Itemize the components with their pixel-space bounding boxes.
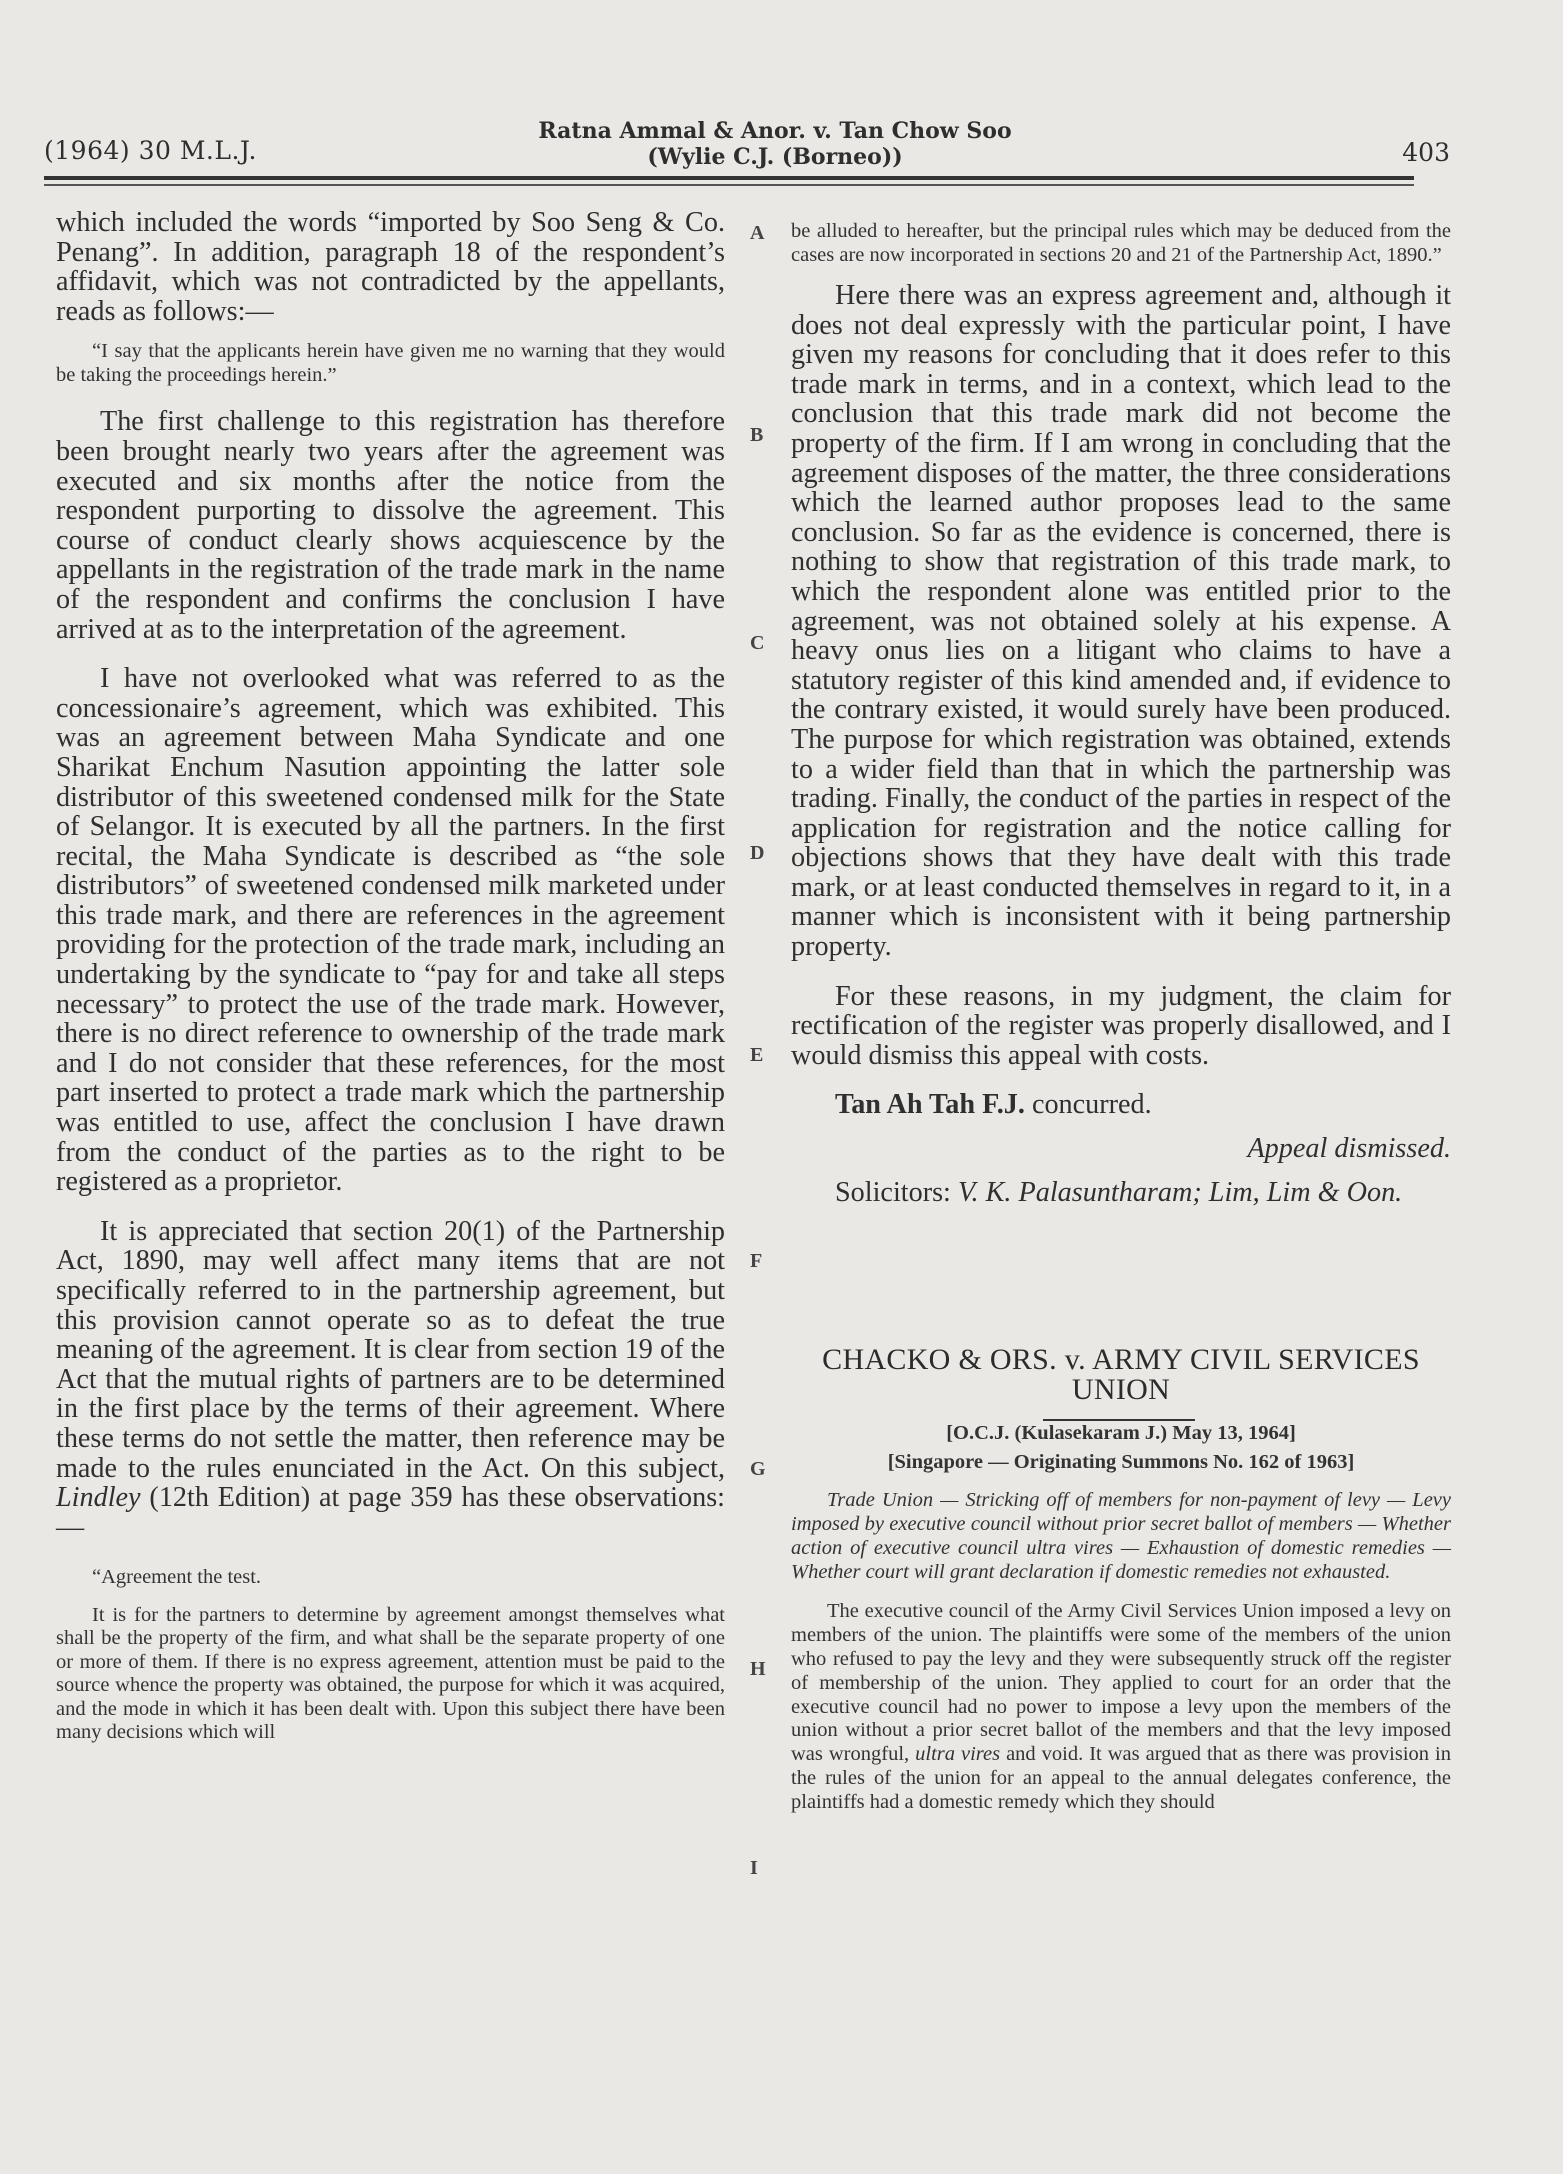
page-number: 403 bbox=[1402, 138, 1450, 167]
concurrence-text: concurred. bbox=[1025, 1089, 1152, 1120]
concurrence: Tan Ah Tah F.J. concurred. bbox=[791, 1090, 1451, 1120]
running-head-judge: (Wylie C.J. (Borneo)) bbox=[430, 144, 1120, 170]
case-result: Appeal dismissed. bbox=[791, 1134, 1451, 1164]
case-separator-rule bbox=[1043, 1419, 1195, 1421]
left-column: which included the words “imported by So… bbox=[56, 208, 725, 1745]
margin-letter-c: C bbox=[750, 632, 764, 655]
margin-letter-h: H bbox=[750, 1658, 766, 1681]
margin-letter-a: A bbox=[750, 222, 764, 245]
margin-letter-f: F bbox=[750, 1250, 762, 1273]
solicitors: Solicitors: V. K. Palasuntharam; Lim, Li… bbox=[791, 1178, 1451, 1208]
paragraph: which included the words “imported by So… bbox=[56, 208, 725, 326]
margin-letter-g: G bbox=[750, 1458, 766, 1481]
margin-letter-b: B bbox=[750, 424, 763, 447]
block-quote: “I say that the applicants herein have g… bbox=[56, 340, 725, 387]
header-rule-thick bbox=[44, 176, 1414, 180]
block-quote-continued: be alluded to hereafter, but the princip… bbox=[791, 220, 1451, 267]
court-line: [O.C.J. (Kulasekaram J.) May 13, 1964] bbox=[791, 1419, 1451, 1448]
margin-letter-i: I bbox=[750, 1857, 758, 1880]
right-column: be alluded to hereafter, but the princip… bbox=[791, 220, 1451, 1815]
report-citation: (1964) 30 M.L.J. bbox=[44, 136, 257, 165]
summary-text: The executive council of the Army Civil … bbox=[791, 1600, 1451, 1765]
paragraph: The first challenge to this registration… bbox=[56, 407, 725, 644]
running-head-case: Ratna Ammal & Anor. v. Tan Chow Soo bbox=[430, 118, 1120, 144]
solicitors-label: Solicitors: bbox=[835, 1177, 958, 1208]
paragraph: I have not overlooked what was referred … bbox=[56, 664, 725, 1197]
paragraph-text: It is appreciated that section 20(1) of … bbox=[56, 1216, 725, 1484]
headnote-catchwords: Trade Union — Stricking off of members f… bbox=[791, 1489, 1451, 1584]
paragraph: It is appreciated that section 20(1) of … bbox=[56, 1217, 725, 1543]
running-head: Ratna Ammal & Anor. v. Tan Chow Soo (Wyl… bbox=[430, 118, 1120, 170]
paragraph-text: (12th Edition) at page 359 has these obs… bbox=[56, 1482, 725, 1543]
margin-letter-e: E bbox=[750, 1044, 763, 1067]
summons-line: [Singapore — Originating Summons No. 162… bbox=[791, 1448, 1451, 1477]
treatise-name: Lindley bbox=[56, 1482, 141, 1513]
case-summary: The executive council of the Army Civil … bbox=[791, 1600, 1451, 1814]
summary-latin-term: ultra vires bbox=[915, 1743, 1000, 1765]
case-title: CHACKO & ORS. v. ARMY CIVIL SERVICES UNI… bbox=[791, 1345, 1451, 1405]
header-rule-thin bbox=[44, 184, 1414, 186]
quote-heading: “Agreement the test. bbox=[56, 1566, 725, 1590]
paragraph: Here there was an express agreement and,… bbox=[791, 281, 1451, 962]
block-quote: It is for the partners to determine by a… bbox=[56, 1604, 725, 1745]
paragraph: For these reasons, in my judgment, the c… bbox=[791, 982, 1451, 1071]
law-report-page: (1964) 30 M.L.J. Ratna Ammal & Anor. v. … bbox=[0, 0, 1563, 2174]
concurring-judge: Tan Ah Tah F.J. bbox=[835, 1089, 1025, 1120]
solicitors-names: V. K. Palasuntharam; Lim, Lim & Oon. bbox=[958, 1177, 1402, 1208]
margin-letter-d: D bbox=[750, 842, 764, 865]
